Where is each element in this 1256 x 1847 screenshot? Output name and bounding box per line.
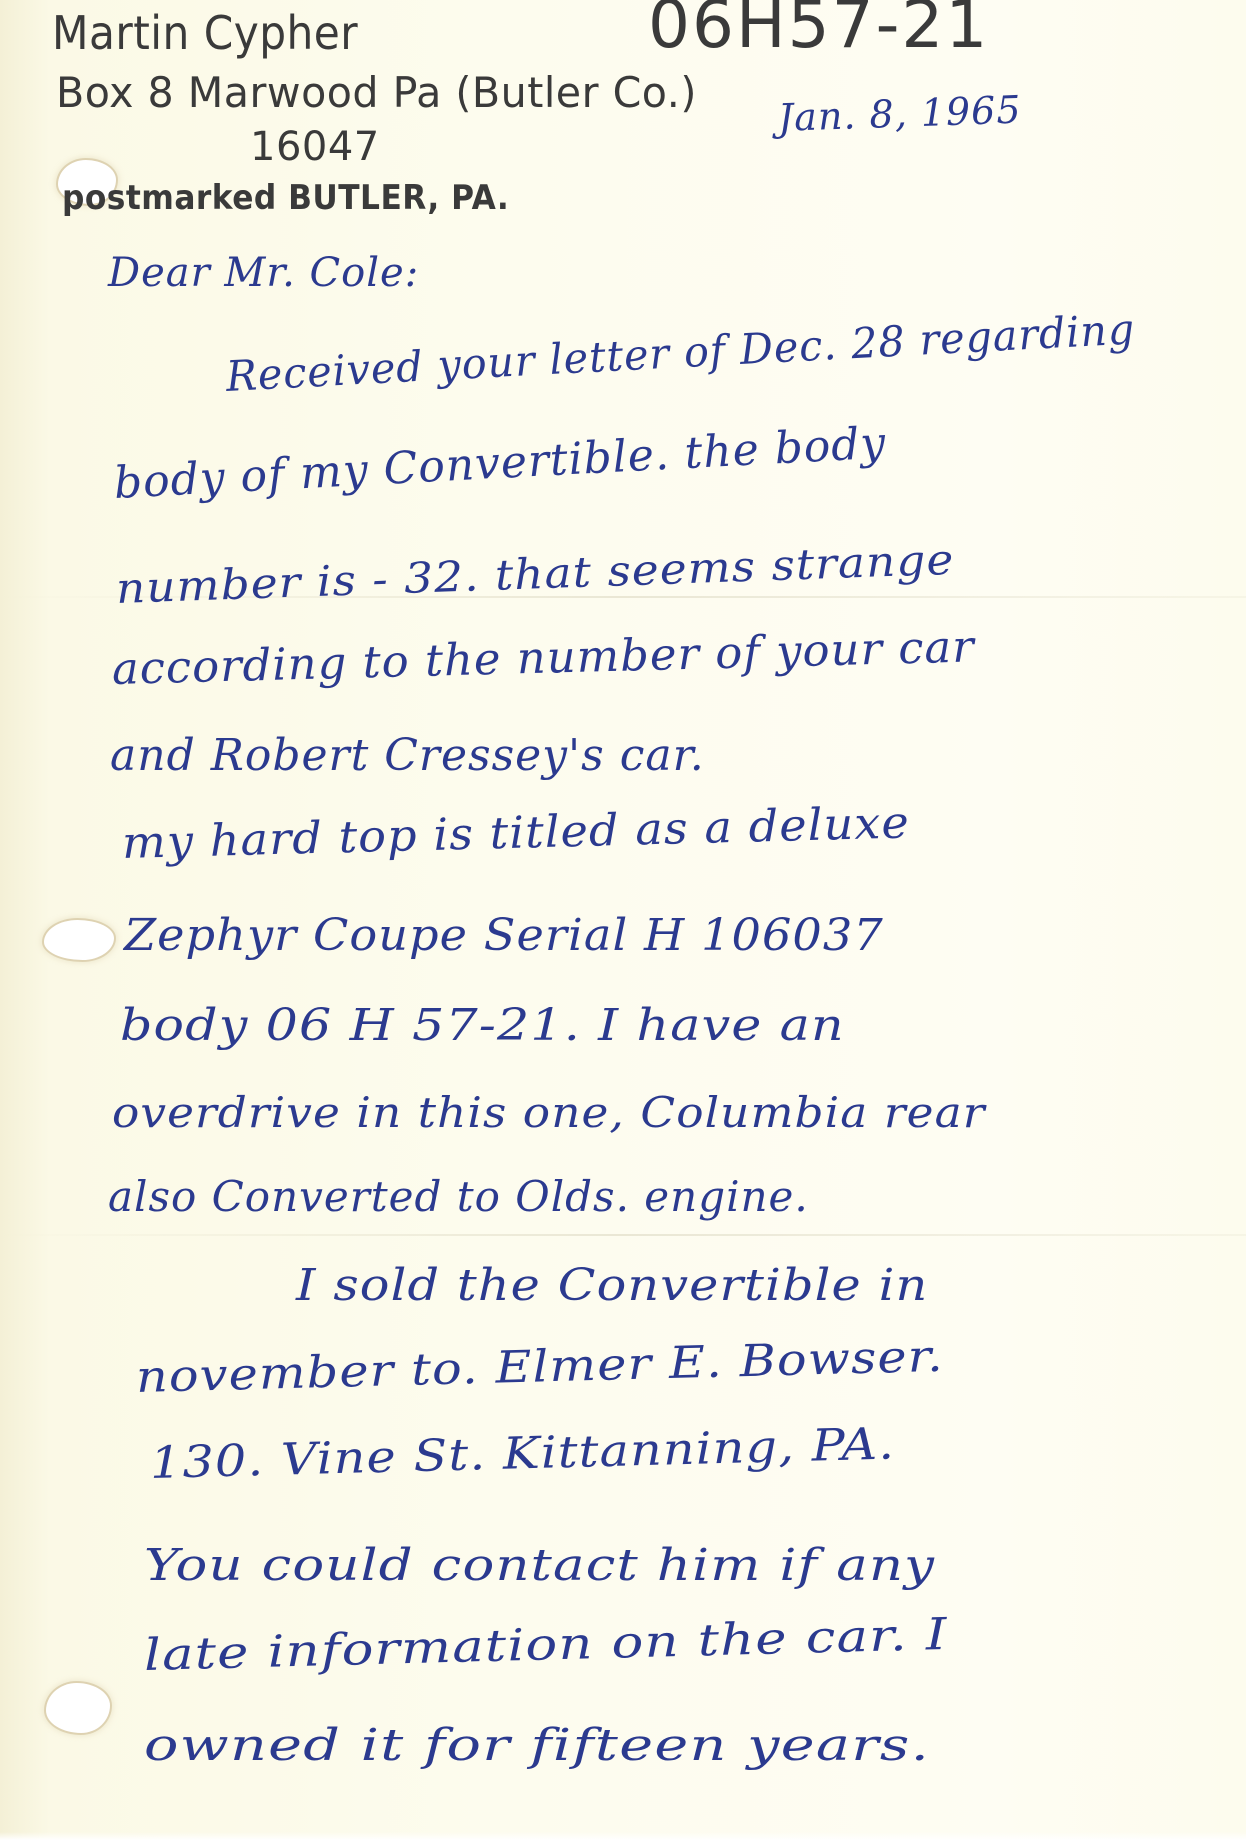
sender-name: Martin Cypher <box>52 6 358 60</box>
letter-date: Jan. 8, 1965 <box>777 88 1022 140</box>
letter-line: body of my Convertible. the body <box>113 418 888 509</box>
letter-line: november to. Elmer E. Bowser. <box>135 1331 944 1403</box>
letter-line: Zephyr Coupe Serial H 106037 <box>124 910 884 961</box>
letter-line: You could contact him if any <box>144 1540 935 1591</box>
letter-line: my hard top is titled as a deluxe <box>121 797 910 869</box>
letter-line: Received your letter of Dec. 28 regardin… <box>225 304 1137 401</box>
letter-line: body 06 H 57-21. I have an <box>120 1000 845 1051</box>
letter-line: late information on the car. I <box>143 1609 948 1681</box>
postmark-note: postmarked BUTLER, PA. <box>62 178 509 218</box>
punch-hole <box>44 920 114 960</box>
letter-line: overdrive in this one, Columbia rear <box>112 1088 985 1137</box>
salutation: Dear Mr. Cole: <box>108 250 419 296</box>
punch-hole <box>46 1683 110 1733</box>
letter-line: I sold the Convertible in <box>296 1260 928 1311</box>
letter-line: 130. Vine St. Kittanning, PA. <box>149 1419 895 1489</box>
letter-line: number is - 32. that seems strange <box>115 535 955 613</box>
letter-line: and Robert Cressey's car. <box>110 730 705 781</box>
sender-zip: 16047 <box>250 124 380 170</box>
letter-line: owned it for fifteen years. <box>144 1720 930 1771</box>
body-number-label: 06H57-21 <box>648 0 989 63</box>
fold-line <box>0 1234 1246 1236</box>
sender-address: Box 8 Marwood Pa (Butler Co.) <box>56 68 697 117</box>
letter-line: according to the number of your car <box>111 621 975 695</box>
letter-line: also Converted to Olds. engine. <box>108 1172 809 1221</box>
letter-page: Martin Cypher Box 8 Marwood Pa (Butler C… <box>0 0 1246 1840</box>
